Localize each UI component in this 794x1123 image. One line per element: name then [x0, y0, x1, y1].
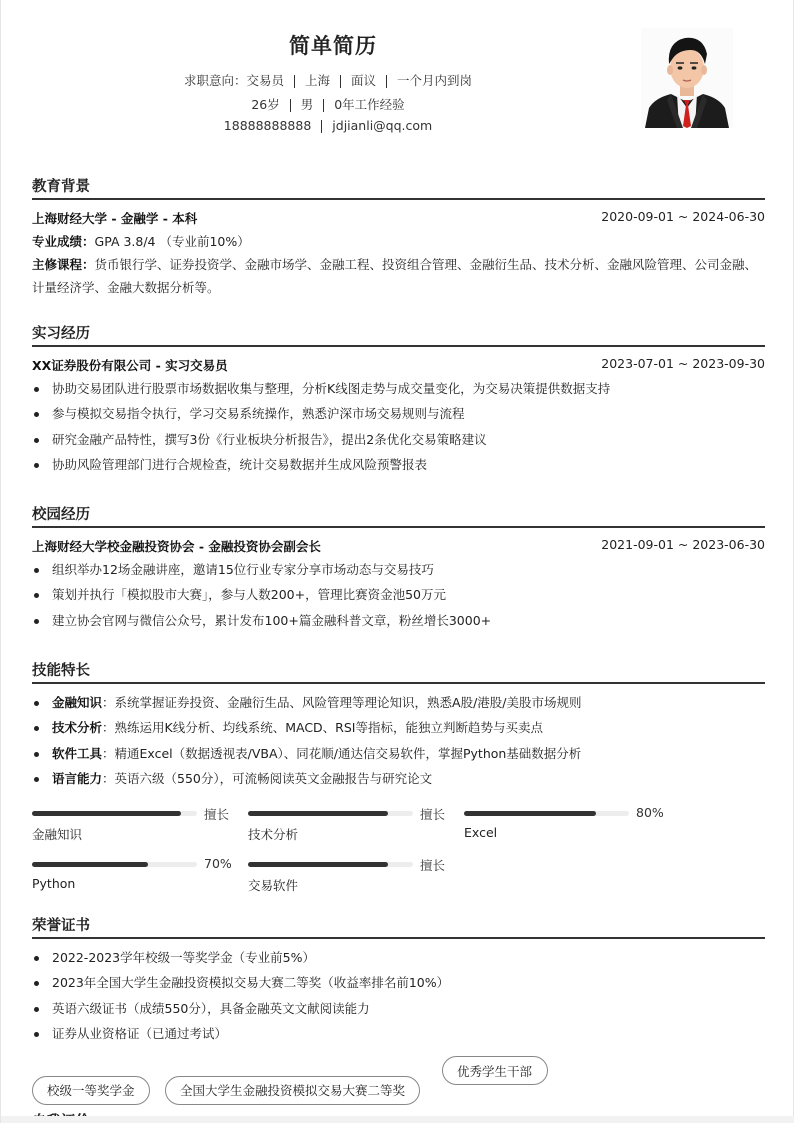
skill-bar-item: 80% Excel — [464, 805, 664, 851]
progress-track — [32, 862, 197, 867]
honor-tag: 全国大学生金融投资模拟交易大赛二等奖 — [165, 1076, 420, 1105]
skill-name: Python — [32, 876, 75, 891]
list-item: 软件工具：精通Excel（数据透视表/VBA）、同花顺/通达信交易软件，掌握Py… — [32, 741, 765, 767]
divider — [386, 75, 387, 88]
divider — [290, 99, 291, 112]
list-item: 英语六级证书（成绩550分），具备金融英文文献阅读能力 — [32, 996, 765, 1022]
internship-entry-head: XX证券股份有限公司 - 实习交易员 2023-07-01 ~ 2023-09-… — [32, 356, 765, 374]
skill-name: 交易软件 — [248, 876, 298, 894]
gender: 男 — [301, 97, 314, 112]
list-item: 协助风险管理部门进行合规检查，统计交易数据并生成风险预警报表 — [32, 452, 765, 478]
skill-bar-item: 擅长 金融知识 — [32, 805, 232, 851]
courses-value: 货币银行学、证券投资学、金融市场学、金融工程、投资组合管理、金融衍生品、技术分析… — [32, 257, 757, 295]
skill-label: 金融知识 — [52, 695, 102, 710]
section-title: 荣誉证书 — [32, 914, 765, 936]
progress-fill — [248, 811, 388, 816]
progress-track — [248, 862, 413, 867]
section-title: 技能特长 — [32, 659, 765, 681]
progress-track — [464, 811, 629, 816]
divider — [323, 99, 324, 112]
divider — [321, 120, 322, 133]
organization-role: 上海财经大学校金融投资协会 - 金融投资协会副会长 — [32, 537, 321, 555]
list-item: 策划并执行「模拟股市大赛」，参与人数200+，管理比赛资金池50万元 — [32, 582, 765, 608]
skill-desc: ：系统掌握证券投资、金融衍生品、风险管理等理论知识，熟悉A股/港股/美股市场规则 — [102, 695, 581, 710]
contact-line: 18888888888jdjianli@qq.com — [1, 118, 655, 133]
internship-bullets: 协助交易团队进行股票市场数据收集与整理，分析K线图走势与成交量变化，为交易决策提… — [32, 376, 765, 478]
skill-desc: ：英语六级（550分），可流畅阅读英文金融报告与研究论文 — [102, 771, 432, 786]
skill-desc: ：熟练运用K线分析、均线系统、MACD、RSI等指标，能独立判断趋势与买卖点 — [102, 720, 543, 735]
skill-level: 70% — [204, 856, 232, 871]
skill-level: 擅长 — [420, 805, 445, 823]
resume-header: 简单简历 求职意向：交易员上海面议一个月内到岗 26岁男0年工作经验 18888… — [1, 0, 794, 150]
section-skills: 技能特长 金融知识：系统掌握证券投资、金融衍生品、风险管理等理论知识，熟悉A股/… — [32, 659, 765, 792]
progress-track — [248, 811, 413, 816]
progress-fill — [464, 811, 596, 816]
progress-fill — [32, 811, 181, 816]
section-title: 教育背景 — [32, 175, 765, 197]
gpa-value: GPA 3.8/4 （专业前10%） — [95, 234, 250, 249]
progress-track — [32, 811, 197, 816]
skill-level: 擅长 — [420, 856, 445, 874]
skill-name: 金融知识 — [32, 825, 82, 843]
resume-page: 简单简历 求职意向：交易员上海面议一个月内到岗 26岁男0年工作经验 18888… — [0, 0, 794, 1123]
basic-info-line: 26岁男0年工作经验 — [1, 95, 655, 113]
honor-tag: 优秀学生干部 — [442, 1056, 548, 1085]
skill-bar-item: 擅长 技术分析 — [248, 805, 448, 851]
job-intent-line: 求职意向：交易员上海面议一个月内到岗 — [1, 71, 655, 89]
honor-tag: 校级一等奖学金 — [32, 1076, 150, 1105]
section-honors: 荣誉证书 2022-2023学年校级一等奖学金（专业前5%） 2023年全国大学… — [32, 914, 765, 1047]
date-range: 2023-07-01 ~ 2023-09-30 — [601, 356, 765, 374]
list-item: 组织举办12场金融讲座，邀请15位行业专家分享市场动态与交易技巧 — [32, 557, 765, 583]
job-intent: 求职意向：交易员 — [184, 73, 284, 88]
courses-line: 主修课程：货币银行学、证券投资学、金融市场学、金融工程、投资组合管理、金融衍生品… — [32, 253, 765, 299]
divider — [340, 75, 341, 88]
section-title: 校园经历 — [32, 503, 765, 525]
honor-tags: 校级一等奖学金 全国大学生金融投资模拟交易大赛二等奖 优秀学生干部 — [32, 1055, 765, 1110]
section-divider — [32, 937, 765, 939]
avatar — [641, 28, 733, 128]
list-item: 语言能力：英语六级（550分），可流畅阅读英文金融报告与研究论文 — [32, 766, 765, 792]
experience: 0年工作经验 — [334, 97, 404, 112]
section-title: 实习经历 — [32, 322, 765, 344]
location: 上海 — [305, 73, 330, 88]
divider — [294, 75, 295, 88]
page-bottom-edge — [1, 1116, 794, 1123]
list-item: 研究金融产品特性，撰写3份《行业板块分析报告》，提出2条优化交易策略建议 — [32, 427, 765, 453]
list-item: 建立协会官网与微信公众号，累计发布100+篇金融科普文章，粉丝增长3000+ — [32, 608, 765, 634]
section-divider — [32, 682, 765, 684]
education-entry-head: 上海财经大学 - 金融学 - 本科 2020-09-01 ~ 2024-06-3… — [32, 209, 765, 227]
gpa-label: 专业成绩： — [32, 234, 95, 249]
courses-label: 主修课程： — [32, 257, 95, 272]
date-range: 2020-09-01 ~ 2024-06-30 — [601, 209, 765, 227]
skill-desc: ：精通Excel（数据透视表/VBA）、同花顺/通达信交易软件，掌握Python… — [102, 746, 581, 761]
progress-fill — [248, 862, 388, 867]
campus-bullets: 组织举办12场金融讲座，邀请15位行业专家分享市场动态与交易技巧 策划并执行「模… — [32, 557, 765, 634]
skill-label: 软件工具 — [52, 746, 102, 761]
skill-level: 擅长 — [204, 805, 229, 823]
school-major-degree: 上海财经大学 - 金融学 - 本科 — [32, 209, 197, 227]
list-item: 金融知识：系统掌握证券投资、金融衍生品、风险管理等理论知识，熟悉A股/港股/美股… — [32, 690, 765, 716]
skill-bar-item: 70% Python — [32, 856, 232, 902]
skill-label: 语言能力 — [52, 771, 102, 786]
salary: 面议 — [351, 73, 376, 88]
avatar-portrait-icon — [641, 28, 733, 128]
list-item: 2023年全国大学生金融投资模拟交易大赛二等奖（收益率排名前10%） — [32, 970, 765, 996]
email: jdjianli@qq.com — [332, 118, 432, 133]
honors-bullets: 2022-2023学年校级一等奖学金（专业前5%） 2023年全国大学生金融投资… — [32, 945, 765, 1047]
section-education: 教育背景 上海财经大学 - 金融学 - 本科 2020-09-01 ~ 2024… — [32, 175, 765, 299]
company-role: XX证券股份有限公司 - 实习交易员 — [32, 356, 228, 374]
list-item: 参与模拟交易指令执行，学习交易系统操作，熟悉沪深市场交易规则与流程 — [32, 401, 765, 427]
availability: 一个月内到岗 — [397, 73, 472, 88]
phone: 18888888888 — [224, 118, 311, 133]
list-item: 证券从业资格证（已通过考试） — [32, 1021, 765, 1047]
date-range: 2021-09-01 ~ 2023-06-30 — [601, 537, 765, 555]
section-divider — [32, 526, 765, 528]
progress-fill — [32, 862, 148, 867]
section-campus: 校园经历 上海财经大学校金融投资协会 - 金融投资协会副会长 2021-09-0… — [32, 503, 765, 633]
age: 26岁 — [251, 97, 279, 112]
skill-bar-item: 擅长 交易软件 — [248, 856, 448, 902]
skill-name: Excel — [464, 825, 497, 840]
list-item: 协助交易团队进行股票市场数据收集与整理，分析K线图走势与成交量变化，为交易决策提… — [32, 376, 765, 402]
section-internship: 实习经历 XX证券股份有限公司 - 实习交易员 2023-07-01 ~ 202… — [32, 322, 765, 478]
list-item: 技术分析：熟练运用K线分析、均线系统、MACD、RSI等指标，能独立判断趋势与买… — [32, 715, 765, 741]
skill-name: 技术分析 — [248, 825, 298, 843]
section-divider — [32, 345, 765, 347]
list-item: 2022-2023学年校级一等奖学金（专业前5%） — [32, 945, 765, 971]
gpa-line: 专业成绩：GPA 3.8/4 （专业前10%） — [32, 230, 765, 253]
skill-label: 技术分析 — [52, 720, 102, 735]
section-divider — [32, 198, 765, 200]
skill-level: 80% — [636, 805, 664, 820]
skills-bullets: 金融知识：系统掌握证券投资、金融衍生品、风险管理等理论知识，熟悉A股/港股/美股… — [32, 690, 765, 792]
resume-title: 简单简历 — [1, 30, 665, 60]
campus-entry-head: 上海财经大学校金融投资协会 - 金融投资协会副会长 2021-09-01 ~ 2… — [32, 537, 765, 555]
